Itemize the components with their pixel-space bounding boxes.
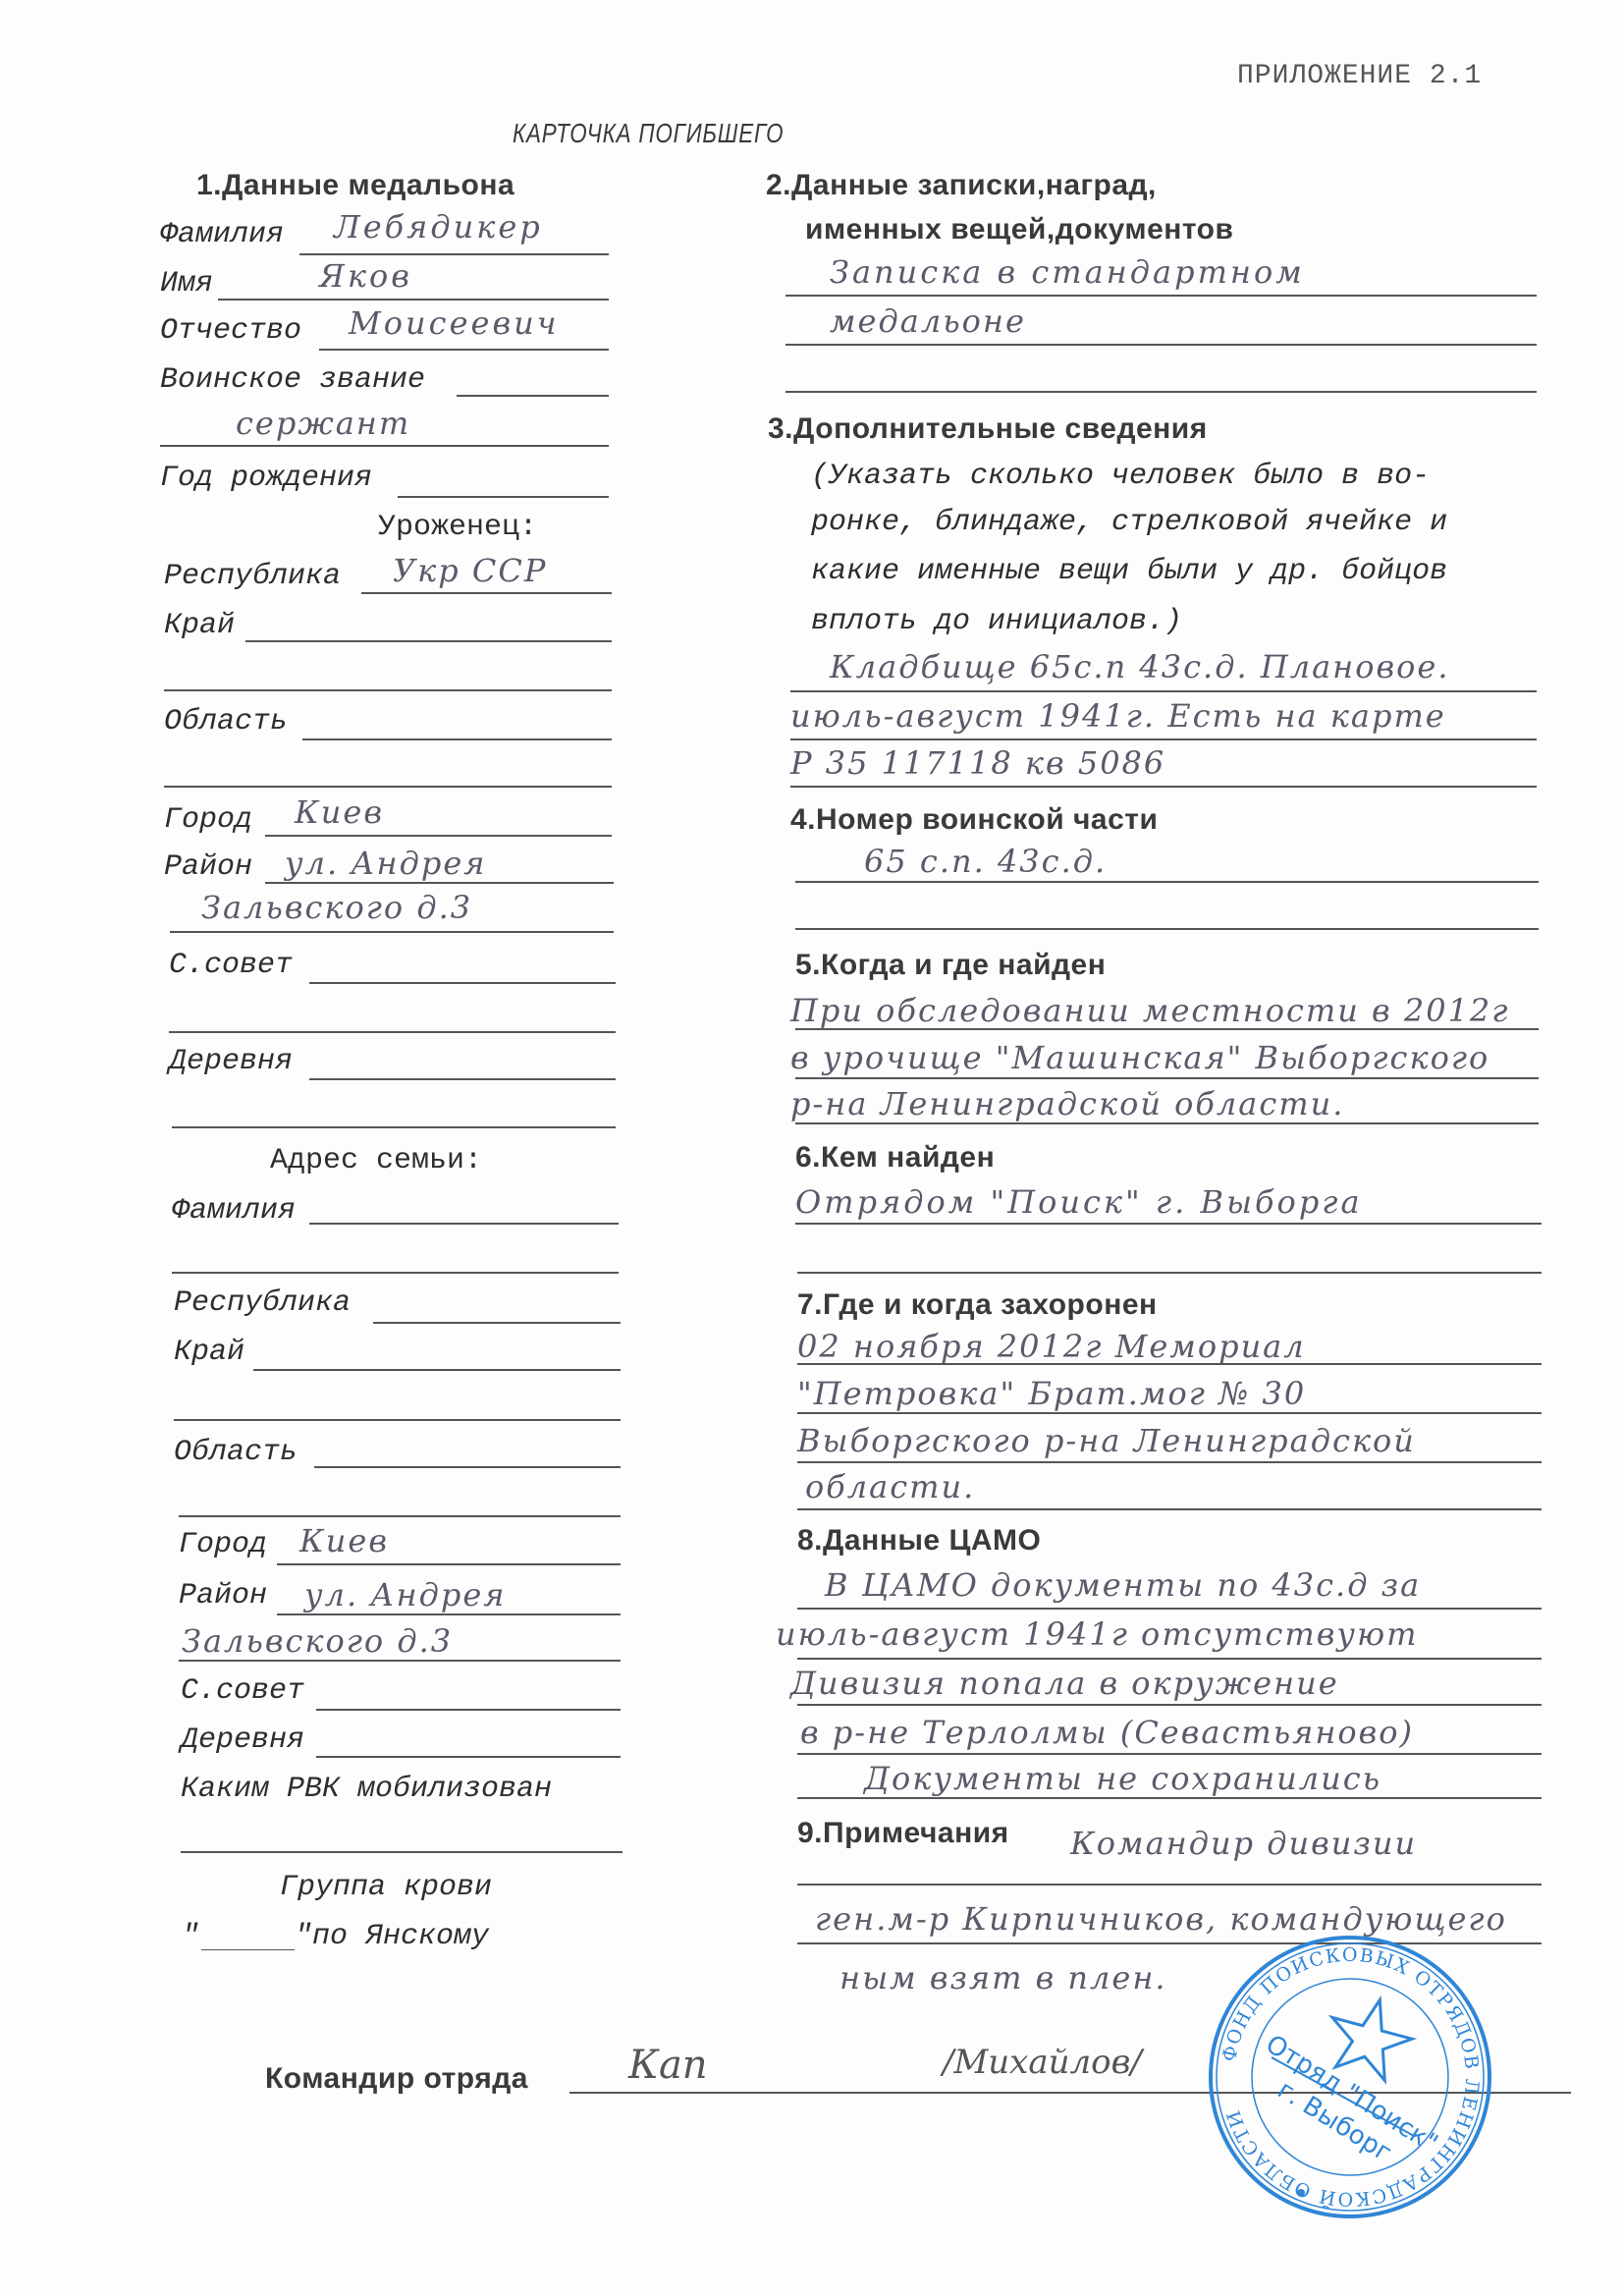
family-selsovet-label: С.совет [181,1674,304,1708]
native-krai-label: Край [164,609,235,642]
native-selsovet-label: С.совет [169,949,293,982]
birth-year-label: Год рождения [160,462,372,495]
section7-rule-3 [797,1461,1542,1463]
rank-value[interactable]: сержант [236,405,410,442]
blood-prefix: " [182,1920,199,1953]
native-district-value-1[interactable]: ул. Андрея [285,845,486,882]
page-title: КАРТОЧКА ПОГИБШЕГО [513,118,784,149]
section7-rule-4 [797,1508,1542,1510]
section2-line-2[interactable]: медальоне [830,302,1026,340]
section8-line-1[interactable]: В ЦАМО документы по 43с.д за [825,1566,1421,1604]
section8-rule-4 [797,1753,1542,1755]
name-label: Имя [160,267,213,301]
family-city-label: Город [179,1528,267,1561]
section9-line-1[interactable]: Командир дивизии [1070,1825,1417,1862]
section9-line-3[interactable]: ным взят в плен. [839,1959,1167,1996]
native-krai-line-2 [164,689,612,691]
section3-line-2[interactable]: июль-август 1941г. Есть на карте [790,697,1446,735]
surname-value[interactable]: Лебядикер [334,208,543,246]
section7-line-3[interactable]: Выборгского р-на Ленинградской [797,1422,1416,1459]
section3-instruction-4: вплоть до инициалов.) [811,605,1182,638]
section2-heading-2: именных вещей,документов [805,213,1233,246]
section5-rule-3 [795,1122,1539,1124]
section3-heading: 3.Дополнительные сведения [768,412,1208,446]
surname-line [299,253,609,255]
native-village-label: Деревня [169,1045,293,1078]
family-oblast-label: Область [174,1436,298,1469]
section6-heading: 6.Кем найден [795,1141,995,1175]
section8-rule-3 [797,1704,1542,1706]
section8-line-4[interactable]: в р-не Терлолмы (Севастьяново) [800,1714,1414,1751]
section1-heading: 1.Данные медальона [196,169,514,202]
section7-rule-1 [797,1363,1542,1365]
commander-name: /Михайлов/ [943,2043,1142,2082]
family-district-line-2 [179,1660,621,1662]
section2-rule-1 [785,295,1537,297]
patronymic-label: Отчество [160,314,301,348]
patronymic-value[interactable]: Моисеевич [349,304,560,342]
family-selsovet-line [316,1709,621,1711]
native-republic-label: Республика [164,560,341,593]
blood-line[interactable] [201,1949,295,1950]
blood-label: Группа крови [280,1871,492,1904]
section5-line-1[interactable]: При обследовании местности в 2012г [790,992,1509,1029]
family-village-line [316,1756,621,1758]
family-surname-line [309,1223,619,1225]
family-district-label: Район [179,1579,267,1613]
section3-instruction-2: ронке, блиндаже, стрелковой ячейке и [811,506,1447,539]
native-village-line [309,1078,616,1080]
section8-line-5[interactable]: Документы не сохранились [864,1760,1381,1797]
family-republic-line [373,1322,621,1324]
rank-line-2 [160,445,609,447]
rank-label: Воинское звание [160,363,425,397]
section5-line-3[interactable]: р-на Ленинградской области. [790,1085,1344,1122]
rank-line [457,395,609,397]
native-oblast-line-2 [164,786,612,788]
section3-line-1[interactable]: Кладбище 65с.п 43с.д. Плановое. [830,648,1450,685]
organization-stamp: ФОНД ПОИСКОВЫХ ОТРЯДОВ ЛЕНИНГРАДСКОЙ ОБЛ… [1203,1930,1497,2224]
family-district-value-1[interactable]: ул. Андрея [304,1576,506,1613]
section7-line-1[interactable]: 02 ноября 2012г Мемориал [797,1328,1306,1365]
section6-rule-2 [797,1272,1542,1274]
family-krai-line-2 [174,1419,621,1421]
name-value[interactable]: Яков [319,257,412,295]
family-krai-label: Край [174,1336,244,1369]
native-district-line-2 [170,931,614,933]
family-city-value[interactable]: Киев [299,1522,389,1559]
blood-suffix: "по Янскому [295,1920,489,1953]
section8-heading: 8.Данные ЦАМО [797,1524,1041,1558]
section3-rule-3 [790,786,1537,788]
native-district-label: Район [164,850,252,884]
native-oblast-label: Область [164,705,288,738]
native-city-value[interactable]: Киев [295,793,384,831]
section2-heading-1: 2.Данные записки,наград, [766,169,1157,202]
section2-rule-2 [785,344,1537,346]
section8-line-2[interactable]: июль-август 1941г отсутствуют [776,1615,1418,1653]
rvk-label: Каким РВК мобилизован [181,1773,552,1806]
section7-rule-2 [797,1412,1542,1414]
section3-rule-2 [790,738,1537,740]
section6-line-1[interactable]: Отрядом "Поиск" г. Выборга [795,1183,1363,1221]
family-district-value-2[interactable]: Зальвского д.3 [182,1622,453,1660]
section4-line-1[interactable]: 65 с.п. 43с.д. [864,843,1107,880]
native-village-line-2 [172,1126,616,1128]
family-krai-line [253,1369,621,1371]
section3-line-3[interactable]: Р 35 117118 кв 5086 [790,744,1165,782]
family-republic-label: Республика [174,1286,351,1320]
name-line [218,299,609,301]
section7-line-2[interactable]: "Петровка" Брат.мог № 30 [797,1375,1306,1412]
section8-line-3[interactable]: Дивизия попала в окружение [790,1665,1339,1702]
family-oblast-line [314,1466,621,1468]
section8-rule-1 [797,1608,1542,1610]
section5-heading: 5.Когда и где найден [795,949,1106,982]
section8-rule-5 [797,1797,1542,1799]
commander-signature: Кап [628,2043,708,2088]
section2-line-1[interactable]: Записка в стандартном [830,253,1305,291]
patronymic-line [319,349,609,351]
card-page: ПРИЛОЖЕНИЕ 2.1 КАРТОЧКА ПОГИБШЕГО 1.Данн… [0,0,1624,2296]
section5-line-2[interactable]: в урочище "Машинская" Выборгского [790,1039,1489,1076]
surname-label: Фамилия [160,218,284,251]
family-oblast-line-2 [179,1515,621,1517]
family-village-label: Деревня [181,1723,304,1757]
native-selsovet-line-2 [169,1031,616,1033]
family-district-line [277,1613,621,1615]
native-city-label: Город [164,803,252,837]
section6-rule-1 [795,1223,1542,1225]
native-district-value-2[interactable]: Зальвского д.3 [201,889,472,926]
commander-label: Командир отряда [265,2062,528,2096]
birth-year-line [398,496,609,498]
section4-rule-1 [795,881,1539,883]
section7-line-4[interactable]: области. [805,1468,975,1505]
section4-rule-2 [795,928,1539,930]
section7-heading: 7.Где и когда захоронен [797,1288,1158,1322]
native-krai-line [245,640,612,642]
section3-instruction-3: какие именные вещи были у др. бойцов [811,555,1447,588]
family-heading: Адрес семьи: [270,1144,482,1177]
section9-heading: 9.Примечания [797,1817,1009,1850]
rvk-line [181,1851,623,1853]
native-city-line [265,835,612,837]
section3-instruction-1: (Указать сколько человек было в во- [811,460,1430,493]
section2-rule-3 [785,391,1537,393]
family-city-line [277,1563,621,1565]
native-oblast-line [302,738,612,740]
native-republic-line [361,592,612,594]
native-heading: Уроженец: [378,511,537,544]
section4-heading: 4.Номер воинской части [790,803,1158,837]
native-selsovet-line [309,982,616,984]
section8-rule-2 [797,1658,1542,1660]
native-republic-value[interactable]: Укр ССР [393,552,547,589]
family-surname-line-2 [172,1272,619,1274]
appendix-label: ПРИЛОЖЕНИЕ 2.1 [1237,61,1482,91]
section3-rule-1 [790,690,1537,692]
section9-rule-1 [797,1884,1542,1886]
section5-rule-2 [795,1077,1539,1079]
family-surname-label: Фамилия [172,1194,296,1228]
native-district-line [265,882,614,884]
section5-rule-1 [795,1028,1539,1030]
